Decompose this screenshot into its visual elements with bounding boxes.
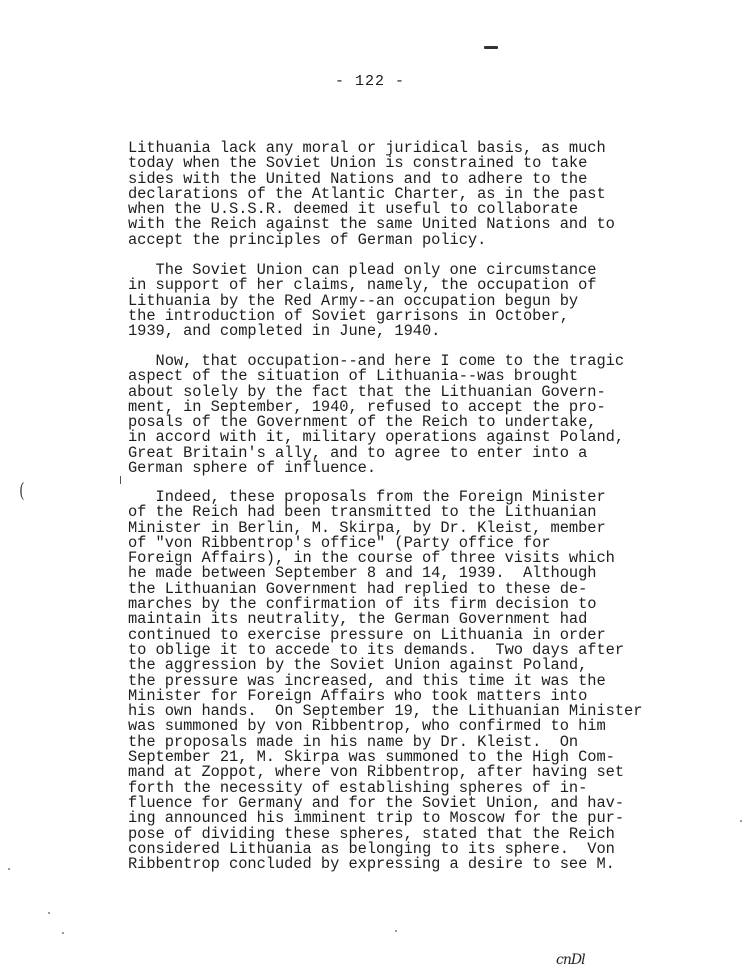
paragraph-2: The Soviet Union can plead only one circ…: [128, 263, 648, 339]
text-line: Ribbentrop concluded by expressing a des…: [128, 857, 648, 872]
paragraph-4: Indeed, these proposals from the Foreign…: [128, 490, 648, 872]
text-line: 1939, and completed in June, 1940.: [128, 324, 648, 339]
page-number-text: - 122 -: [335, 73, 405, 90]
scan-speck: [740, 820, 742, 822]
paragraph-3: Now, that occupation--and here I come to…: [128, 354, 648, 476]
handwritten-note: cnDl: [556, 952, 585, 968]
scan-speck: [395, 930, 397, 932]
margin-bracket-mark: (: [19, 478, 24, 502]
ink-mark: [484, 46, 498, 49]
text-line: German sphere of influence.: [128, 461, 648, 476]
scan-speck: [48, 912, 50, 914]
scan-speck: [8, 868, 10, 870]
paragraph-1: Lithuania lack any moral or juridical ba…: [128, 141, 648, 248]
margin-tick-mark: [120, 476, 121, 484]
document-page: - 122 - Lithuania lack any moral or juri…: [0, 0, 750, 972]
scan-speck: [62, 932, 64, 934]
text-line: accept the principles of German policy.: [128, 233, 648, 248]
page-number: - 122 -: [0, 73, 750, 90]
